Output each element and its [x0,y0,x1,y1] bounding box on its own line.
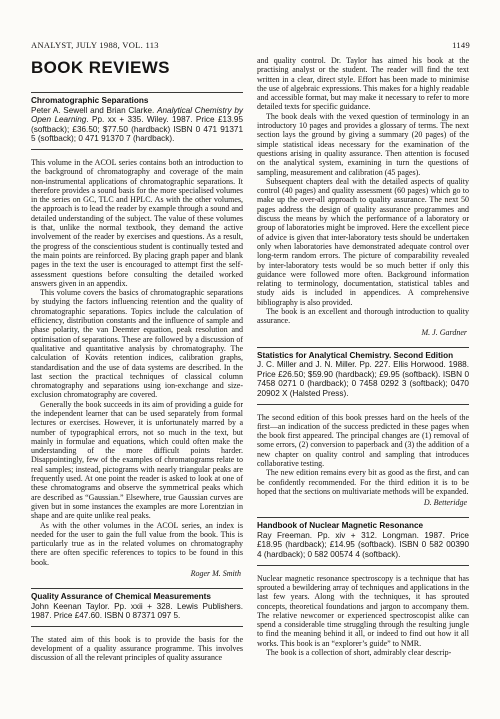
review-citation: Ray Freeman. Pp. xiv + 312. Longman. 198… [257,531,469,560]
divider [31,92,243,93]
journal-page: ANALYST, JULY 1988, VOL. 113 1149 BOOK R… [0,0,500,719]
paragraph: Nuclear magnetic resonance spectroscopy … [257,574,469,648]
review-title: Chromatographic Separations [31,96,243,106]
right-column: and quality control. Dr. Taylor has aime… [257,56,469,663]
divider [257,565,469,566]
page-number: 1149 [452,40,470,50]
journal-header-text: ANALYST, JULY 1988, VOL. 113 [31,40,159,50]
paragraph: The second edition of this book presses … [257,413,469,469]
two-column-layout: BOOK REVIEWS Chromatographic Separations… [31,56,470,663]
paragraph: The book is a collection of short, admir… [257,648,469,657]
review-header-statistics: Statistics for Analytical Chemistry. Sec… [257,347,469,405]
review-body-quality-assurance-left: The stated aim of this book is to provid… [31,635,243,663]
review-title: Statistics for Analytical Chemistry. Sec… [257,351,469,361]
paragraph: This volume in the ACOL series contains … [31,158,243,288]
divider [31,588,243,589]
paragraph: and quality control. Dr. Taylor has aime… [257,56,469,112]
review-header-chromatographic: Chromatographic Separations Peter A. Sew… [31,92,243,150]
divider [257,517,469,518]
citation-authors: Peter A. Sewell and Brian Clarke. [31,106,157,115]
paragraph: Subsequent chapters deal with the detail… [257,177,469,307]
reviewer-signature: D. Betteridge [257,498,467,507]
paragraph: As with the other volumes in the ACOL se… [31,521,243,567]
divider [31,149,243,150]
reviewer-signature: Roger M. Smith [31,569,241,578]
paragraph: The new edition remains every bit as goo… [257,468,469,496]
review-citation: John Keenan Taylor. Pp. xxii + 328. Lewi… [31,602,243,621]
review-body-quality-assurance-right: and quality control. Dr. Taylor has aime… [257,56,469,326]
divider [257,347,469,348]
running-head: ANALYST, JULY 1988, VOL. 113 1149 [31,40,470,50]
review-header-quality-assurance: Quality Assurance of Chemical Measuremen… [31,588,243,627]
review-citation: J. C. Miller and J. N. Miller. Pp. 227. … [257,360,469,398]
paragraph: Generally the book succeeds in its aim o… [31,400,243,521]
divider [257,404,469,405]
review-body-nmr-handbook: Nuclear magnetic resonance spectroscopy … [257,574,469,658]
paragraph: The book is an excellent and thorough in… [257,307,469,326]
paragraph: The stated aim of this book is to provid… [31,635,243,663]
reviewer-signature: M. J. Gardner [257,328,467,337]
review-citation: Peter A. Sewell and Brian Clarke. Analyt… [31,106,243,144]
review-title: Quality Assurance of Chemical Measuremen… [31,592,243,602]
review-body-statistics: The second edition of this book presses … [257,413,469,497]
left-column: BOOK REVIEWS Chromatographic Separations… [31,56,243,663]
paragraph: The book deals with the vexed question o… [257,112,469,177]
review-title: Handbook of Nuclear Magnetic Resonance [257,521,469,531]
paragraph: This volume covers the basics of chromat… [31,288,243,400]
section-title: BOOK REVIEWS [31,58,243,78]
review-body-chromatographic: This volume in the ACOL series contains … [31,158,243,567]
divider [31,626,243,627]
review-header-nmr-handbook: Handbook of Nuclear Magnetic Resonance R… [257,517,469,565]
